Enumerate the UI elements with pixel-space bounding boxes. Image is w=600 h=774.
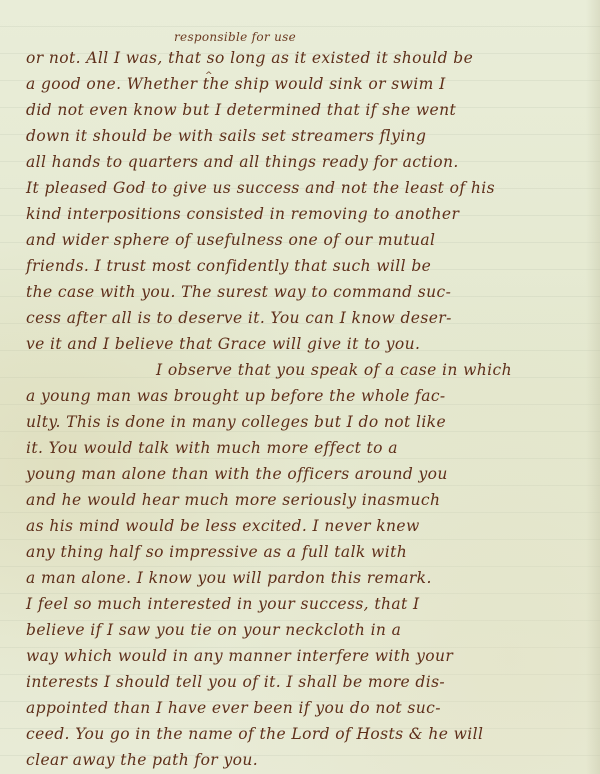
letter-line: appointed than I have ever been if you d… [26,698,586,718]
letter-line: or not. All I was, that so long as it ex… [26,48,586,68]
paper-edge [586,0,600,774]
letter-line: interests I should tell you of it. I sha… [26,672,586,692]
letter-line: ulty. This is done in many colleges but … [26,412,586,432]
letter-line: cess after all is to deserve it. You can… [26,308,586,328]
letter-line: young man alone than with the officers a… [26,464,586,484]
letter-line: and he would hear much more seriously in… [26,490,586,510]
letter-line: a man alone. I know you will pardon this… [26,568,586,588]
letter-page: responsible for use ^ or not. All I was,… [0,0,600,774]
letter-line: ceed. You go in the name of the Lord of … [26,724,586,744]
letter-line: It pleased God to give us success and no… [26,178,586,198]
letter-line: as his mind would be less excited. I nev… [26,516,586,536]
letter-line: a good one. Whether the ship would sink … [26,74,586,94]
letter-line: any thing half so impressive as a full t… [26,542,586,562]
paragraph-start-line: I observe that you speak of a case in wh… [156,360,600,380]
letter-line: a young man was brought up before the wh… [26,386,586,406]
letter-line: and wider sphere of usefulness one of ou… [26,230,586,250]
letter-line: all hands to quarters and all things rea… [26,152,586,172]
letter-line: I feel so much interested in your succes… [26,594,586,614]
letter-line: ve it and I believe that Grace will give… [26,334,586,354]
letter-line: did not even know but I determined that … [26,100,586,120]
letter-line: believe if I saw you tie on your neckclo… [26,620,586,640]
letter-line: it. You would talk with much more effect… [26,438,586,458]
letter-line: way which would in any manner interfere … [26,646,586,666]
interlinear-insertion: responsible for use [174,30,296,44]
letter-line: kind interpositions consisted in removin… [26,204,586,224]
letter-line: friends. I trust most confidently that s… [26,256,586,276]
letter-line: down it should be with sails set streame… [26,126,586,146]
letter-line: clear away the path for you. [26,750,586,770]
letter-line: the case with you. The surest way to com… [26,282,586,302]
